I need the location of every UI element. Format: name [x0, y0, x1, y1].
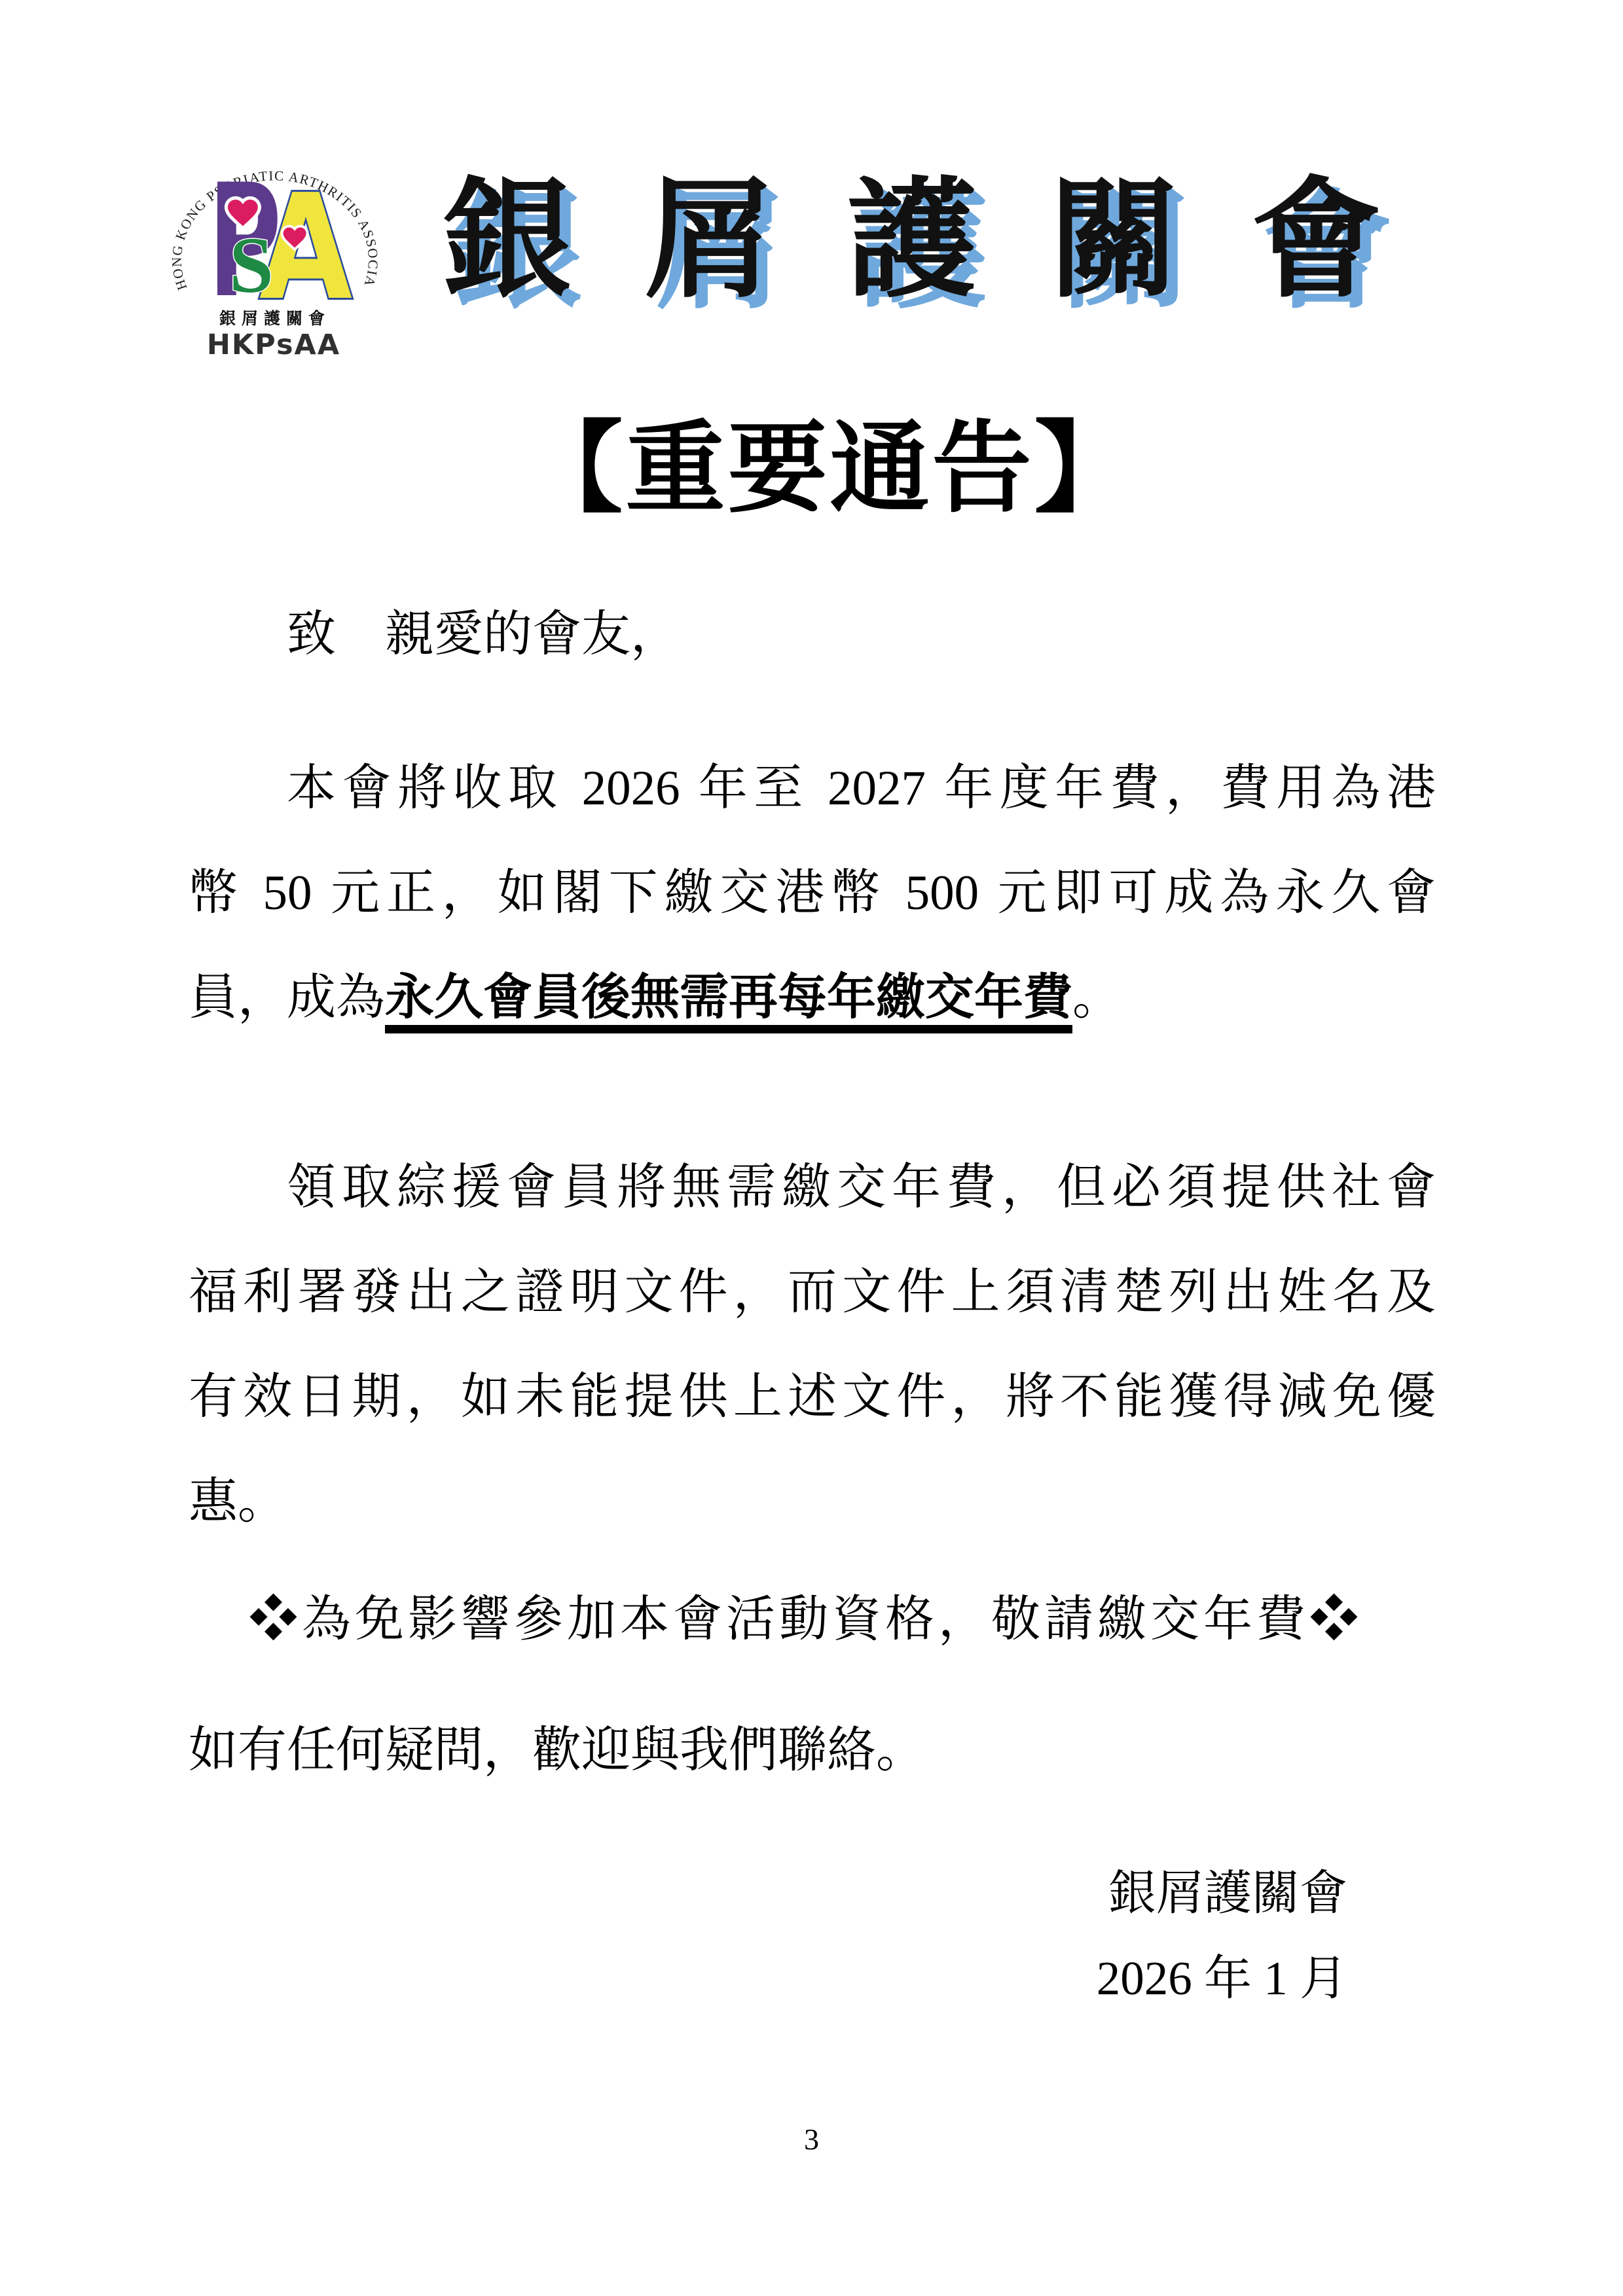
body-line: 領取綜援會員將無需繳交年費，但必須提供社會: [189, 1136, 1436, 1240]
notice-heading: 【重要通告】: [524, 414, 1137, 523]
contact-line: 如有任何疑問，歡迎與我們聯絡。: [189, 1698, 1436, 1803]
body-line: 員，成為永久會員後無需再每年繳交年費。: [189, 946, 1436, 1050]
logo-chinese-name: 銀屑護關會: [219, 309, 331, 328]
body-text: 員，成為: [189, 971, 385, 1025]
signature-date: 2026 年 1 月: [189, 1936, 1347, 2021]
hkpsaa-logo-icon: HONG KONG PSORIATIC ARTHRITIS ASSOCIATIO…: [161, 133, 389, 363]
body-line: 本會將收取 2026 年至 2027 年度年費，費用為港: [189, 736, 1436, 841]
body-line: 福利署發出之證明文件，而文件上須清楚列出姓名及: [189, 1240, 1436, 1345]
body-line: 惠。: [189, 1450, 1436, 1554]
letter-body: 致 親愛的會友， 本會將收取 2026 年至 2027 年度年費，費用為港 幣 …: [189, 583, 1436, 2021]
body-line: 幣 50 元正，如閣下繳交港幣 500 元即可成為永久會: [189, 841, 1436, 946]
logo-abbreviation: HKPsAA: [207, 329, 340, 361]
org-title: 銀屑護關會: [443, 175, 1453, 305]
body-line: 有效日期，如未能提供上述文件，將不能獲得減免優: [189, 1345, 1436, 1450]
salutation: 致 親愛的會友，: [189, 583, 1436, 687]
reminder-line: ❖為免影響參加本會活動資格，敬請繳交年費❖: [189, 1568, 1436, 1672]
body-text: 。: [1072, 971, 1122, 1025]
signature-org: 銀屑護關會: [189, 1851, 1347, 1936]
hkpsaa-logo: HONG KONG PSORIATIC ARTHRITIS ASSOCIATIO…: [161, 133, 389, 363]
emphasis-underline-text: 永久會員後無需再每年繳交年費: [385, 971, 1072, 1033]
page-number: 3: [0, 2125, 1623, 2155]
logo-letter-s: S: [229, 221, 274, 310]
signature-block: 銀屑護關會 2026 年 1 月: [189, 1851, 1436, 2021]
notice-page: HONG KONG PSORIATIC ARTHRITIS ASSOCIATIO…: [0, 0, 1623, 2296]
